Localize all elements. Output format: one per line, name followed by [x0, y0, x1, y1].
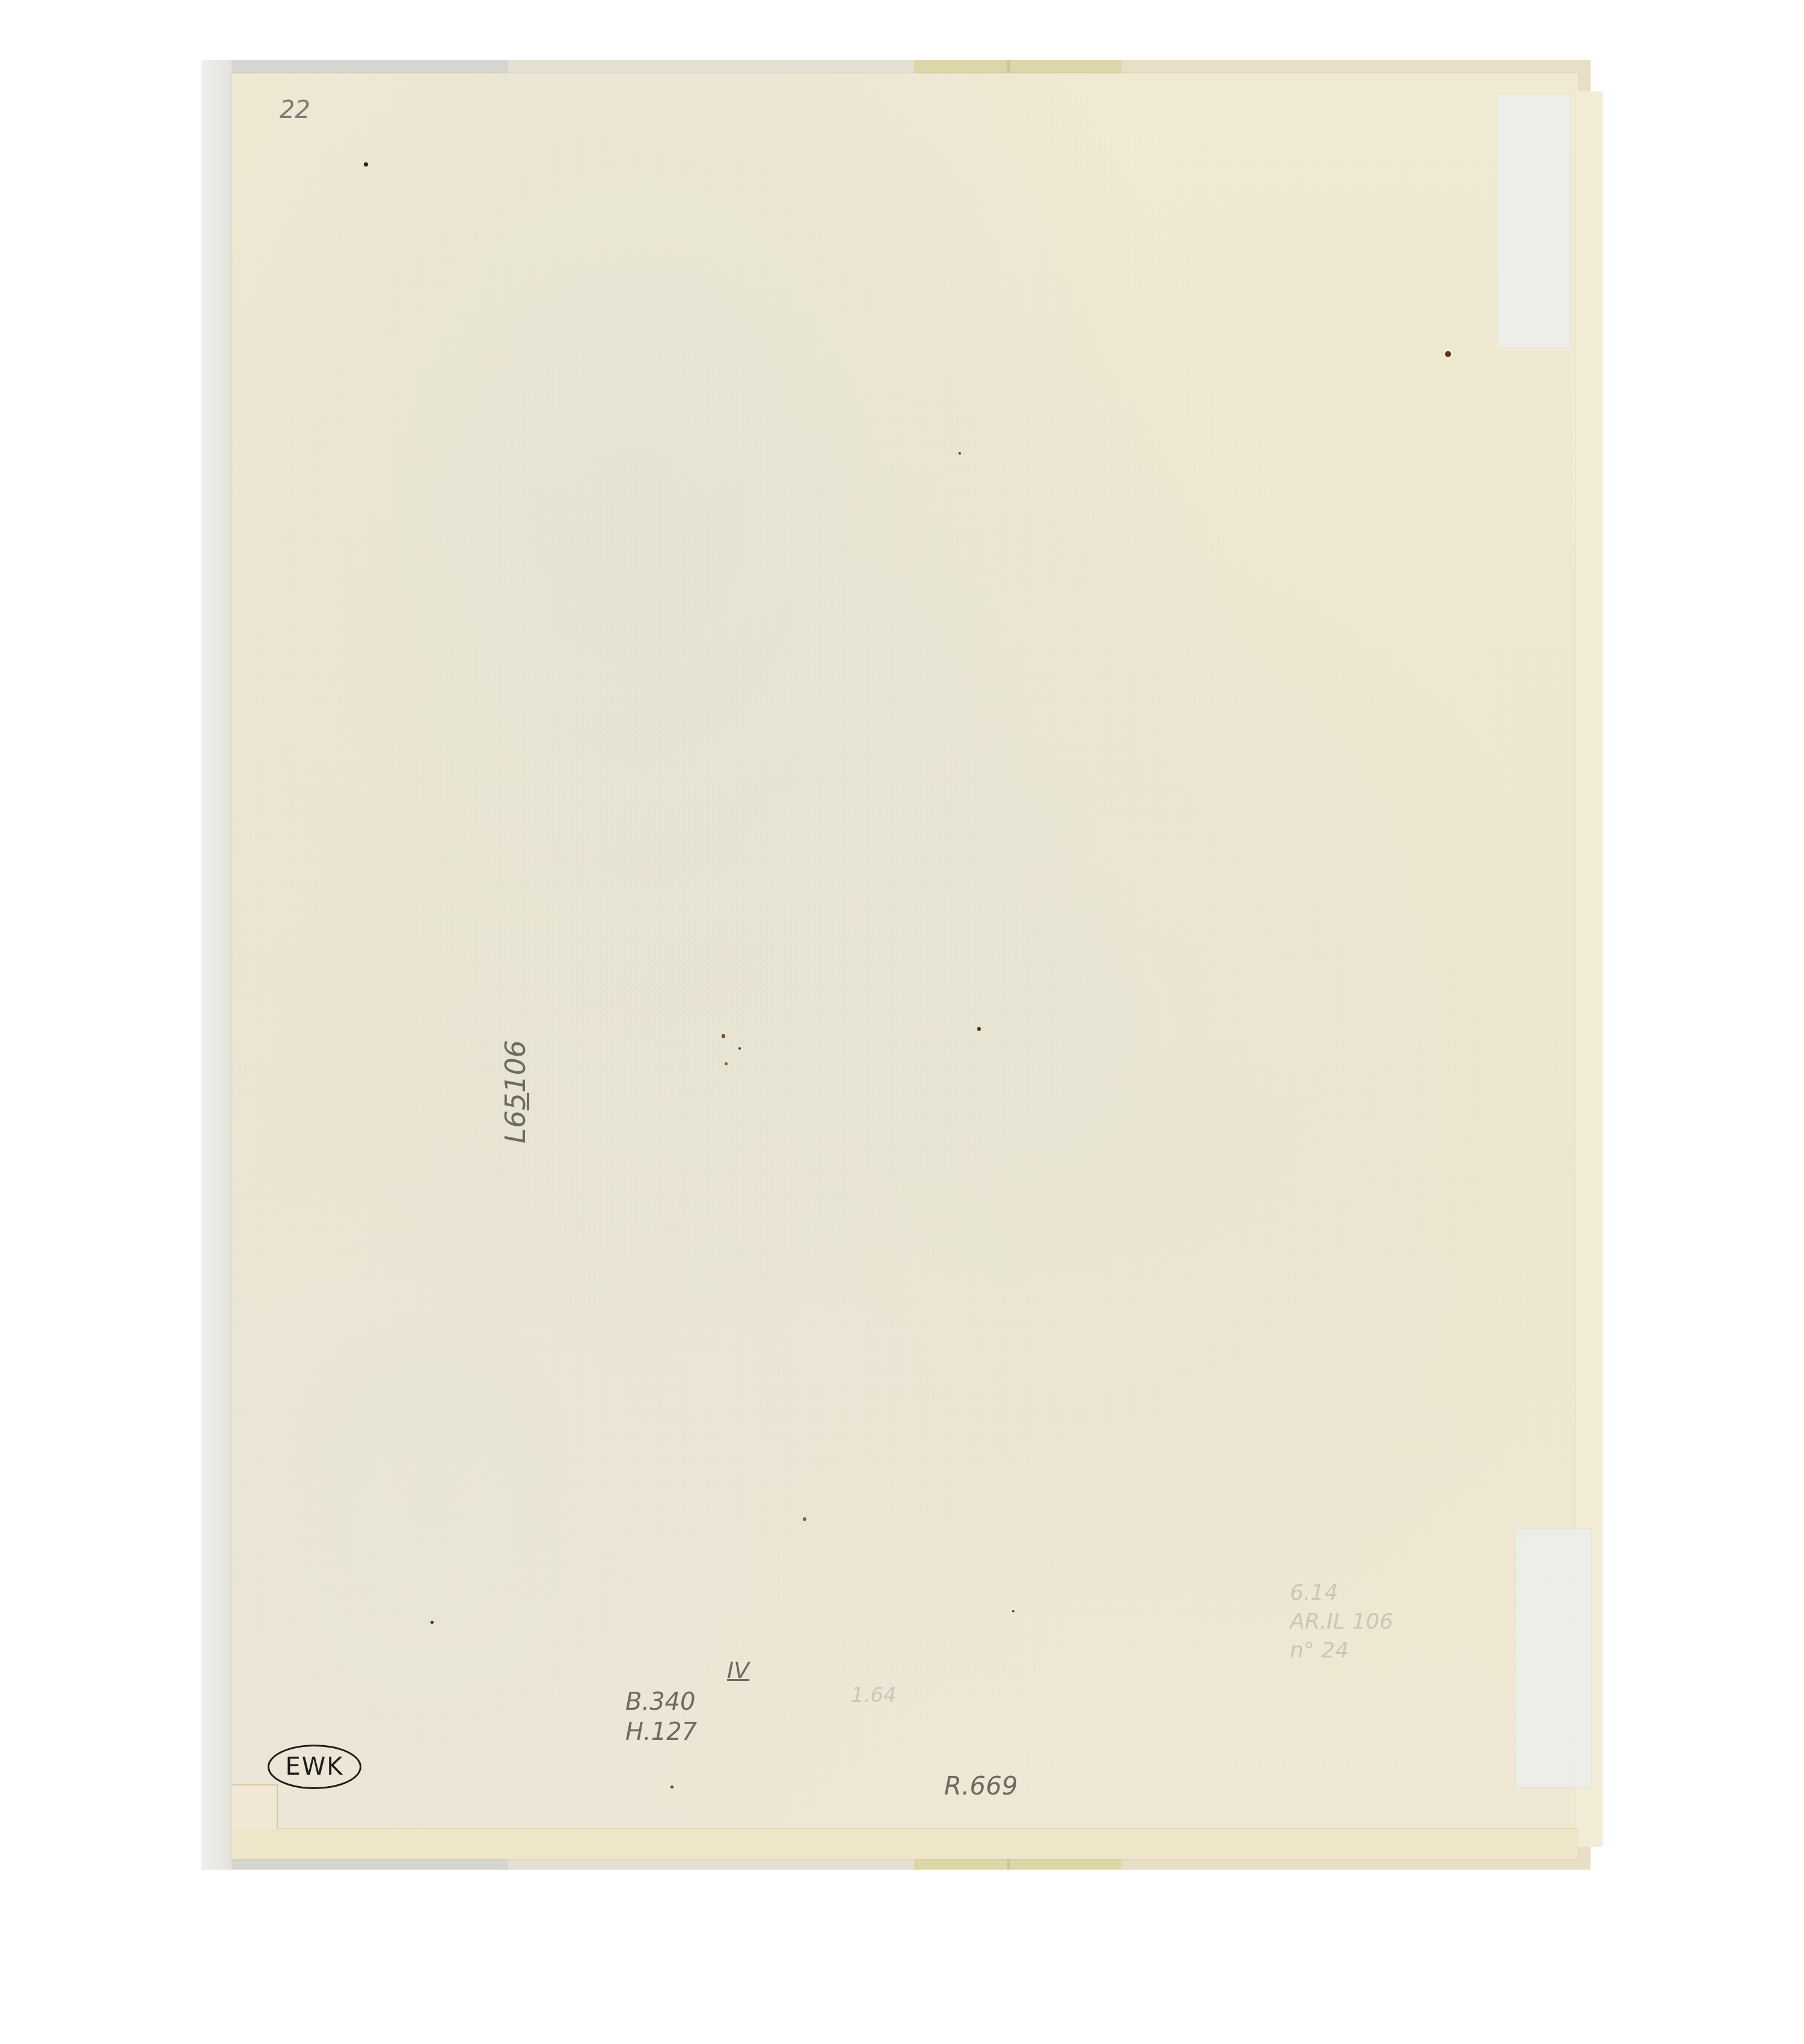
annotation-erased-center: 1.64	[851, 1683, 897, 1707]
foxing-spot	[364, 162, 368, 167]
foxing-spot	[670, 1785, 673, 1788]
annotation-catalogue-refs: B.340 H.127	[625, 1687, 697, 1747]
sheet-bottom-edge	[232, 1828, 1579, 1859]
foxing-spot	[1012, 1610, 1014, 1612]
erased-line-2: AR.IL 106	[1290, 1608, 1393, 1636]
collector-stamp-ewk: EWK	[268, 1745, 361, 1789]
annotation-inventory-number: L65106	[499, 1040, 532, 1143]
backing-edge-shadow	[201, 60, 232, 1870]
foxing-spot	[725, 1062, 728, 1065]
erased-line-3: n° 24	[1290, 1636, 1393, 1665]
catalogue-ref-b: B.340	[625, 1687, 697, 1717]
inventory-prefix: L6	[499, 1110, 532, 1143]
foxing-spot	[1445, 351, 1451, 357]
corner-repair-patch	[232, 1784, 278, 1829]
hinge-tape-top	[1497, 94, 1571, 348]
foxing-spot	[722, 1034, 725, 1038]
erased-line-1: 6.14	[1290, 1579, 1393, 1608]
paper-sheet: 22 L65106 IV B.340 H.127 1.64 6.14 AR.IL…	[232, 73, 1579, 1859]
foxing-spot	[431, 1621, 434, 1624]
foxing-spot	[738, 1047, 741, 1050]
annotation-erased-block: 6.14 AR.IL 106 n° 24	[1290, 1579, 1393, 1665]
annotation-bottom-ref: R.669	[944, 1771, 1018, 1801]
foxing-spot	[959, 452, 961, 454]
annotation-number-22: 22	[280, 96, 310, 124]
catalogue-ref-h: H.127	[625, 1717, 697, 1747]
hinge-tape-bottom	[1515, 1528, 1592, 1788]
foxing-spot	[977, 1027, 981, 1031]
foxing-spot	[803, 1517, 806, 1521]
annotation-state-mark: IV	[727, 1657, 749, 1683]
inventory-underlined-digit: 5	[499, 1093, 532, 1110]
inventory-suffix: 106	[499, 1040, 532, 1093]
